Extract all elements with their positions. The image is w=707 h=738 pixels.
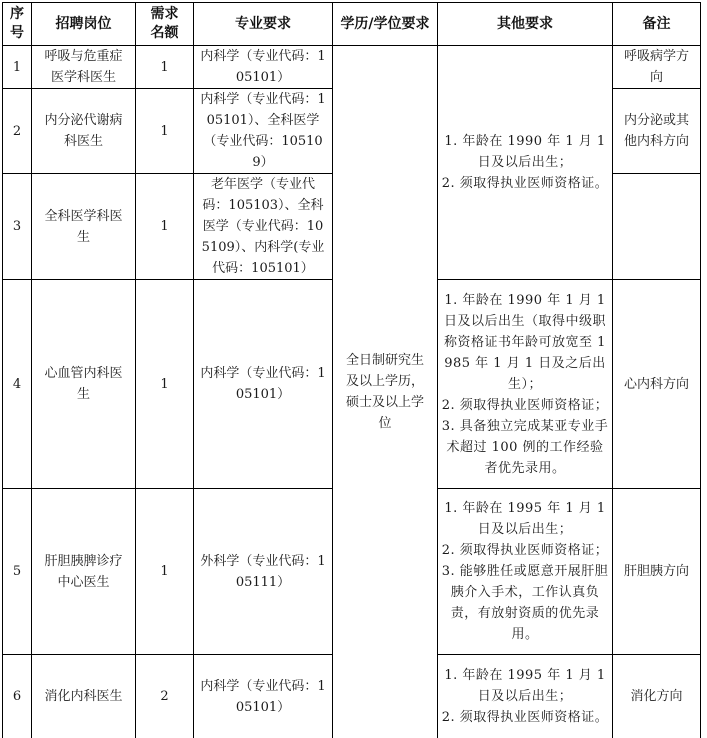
cell-remark: 消化方向	[613, 655, 701, 738]
other-req-line: 2. 须取得执业医师资格证；	[441, 540, 609, 561]
cell-seq: 4	[3, 280, 32, 489]
other-req-line: 1. 年龄在 1995 年 1 月 1 日及以后出生；	[441, 665, 609, 707]
header-major: 专业要求	[194, 3, 333, 46]
cell-remark: 呼吸病学方向	[613, 46, 701, 89]
cell-position: 内分泌代谢病科医生	[32, 89, 136, 174]
header-quota: 需求名额	[136, 3, 194, 46]
cell-quota: 1	[136, 174, 194, 280]
cell-seq: 6	[3, 655, 32, 738]
cell-position: 全科医学科医生	[32, 174, 136, 280]
header-other: 其他要求	[438, 3, 613, 46]
cell-remark: 肝胆胰方向	[613, 489, 701, 655]
cell-other: 1. 年龄在 1990 年 1 月 1 日及以后出生（取得中级职称资格证书年龄可…	[438, 280, 613, 489]
other-req-line: 1. 年龄在 1995 年 1 月 1 日及以后出生；	[441, 498, 609, 540]
other-req-line: 2. 须取得执业医师资格证。	[441, 173, 609, 194]
cell-seq: 5	[3, 489, 32, 655]
cell-major: 外科学（专业代码：105111）	[194, 489, 333, 655]
cell-other-rows-1-3: 1. 年龄在 1990 年 1 月 1 日及以后出生； 2. 须取得执业医师资格…	[438, 46, 613, 280]
cell-major: 内科学（专业代码：105101）	[194, 655, 333, 738]
cell-major: 内科学（专业代码：105101）、全科医学（专业代码：105109）	[194, 89, 333, 174]
cell-quota: 1	[136, 280, 194, 489]
cell-position: 呼吸与危重症医学科医生	[32, 46, 136, 89]
other-req-line: 3. 能够胜任或愿意开展肝胆胰介入手术，工作认真负责，有放射资质的优先录用。	[441, 561, 609, 645]
cell-other: 1. 年龄在 1995 年 1 月 1 日及以后出生； 2. 须取得执业医师资格…	[438, 489, 613, 655]
cell-remark: 内分泌或其他内科方向	[613, 89, 701, 174]
table-row: 1 呼吸与危重症医学科医生 1 内科学（专业代码：105101） 全日制研究生及…	[3, 46, 701, 89]
header-remark: 备注	[613, 3, 701, 46]
other-req-line: 1. 年龄在 1990 年 1 月 1 日及以后出生；	[441, 131, 609, 173]
recruitment-table: 序号 招聘岗位 需求名额 专业要求 学历/学位要求 其他要求 备注 1 呼吸与危…	[2, 2, 701, 738]
cell-remark	[613, 174, 701, 280]
header-seq: 序号	[3, 3, 32, 46]
other-req-line: 2. 须取得执业医师资格证；	[441, 395, 609, 416]
header-education: 学历/学位要求	[333, 3, 438, 46]
cell-major: 内科学（专业代码：105101）	[194, 280, 333, 489]
cell-quota: 2	[136, 655, 194, 738]
cell-seq: 3	[3, 174, 32, 280]
cell-quota: 1	[136, 489, 194, 655]
cell-remark: 心内科方向	[613, 280, 701, 489]
cell-education: 全日制研究生及以上学历，硕士及以上学位	[333, 46, 438, 738]
cell-other: 1. 年龄在 1995 年 1 月 1 日及以后出生； 2. 须取得执业医师资格…	[438, 655, 613, 738]
cell-quota: 1	[136, 46, 194, 89]
other-req-line: 1. 年龄在 1990 年 1 月 1 日及以后出生（取得中级职称资格证书年龄可…	[441, 290, 609, 395]
other-req-line: 3. 具备独立完成某亚专业手术超过 100 例的工作经验者优先录用。	[441, 416, 609, 479]
cell-position: 肝胆胰脾诊疗中心医生	[32, 489, 136, 655]
cell-position: 心血管内科医生	[32, 280, 136, 489]
header-row: 序号 招聘岗位 需求名额 专业要求 学历/学位要求 其他要求 备注	[3, 3, 701, 46]
cell-major: 老年医学（专业代码：105103）、全科医学（专业代码：105109）、内科学(…	[194, 174, 333, 280]
cell-seq: 1	[3, 46, 32, 89]
other-req-line: 2. 须取得执业医师资格证。	[441, 707, 609, 728]
cell-seq: 2	[3, 89, 32, 174]
header-position: 招聘岗位	[32, 3, 136, 46]
cell-quota: 1	[136, 89, 194, 174]
cell-position: 消化内科医生	[32, 655, 136, 738]
cell-major: 内科学（专业代码：105101）	[194, 46, 333, 89]
